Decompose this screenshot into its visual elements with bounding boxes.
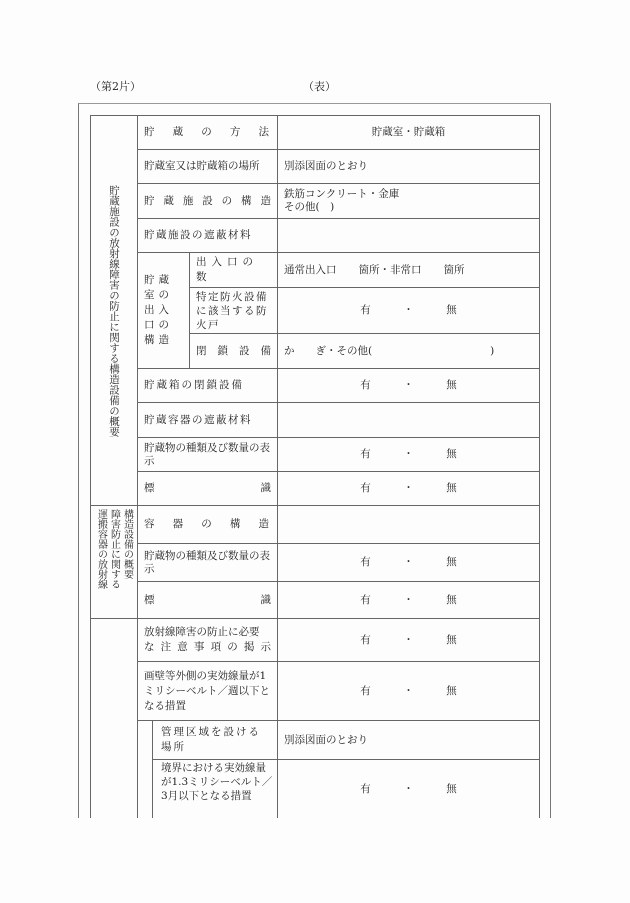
wall-dose-label: 画壁等外側の実効線量が1ミリシーベルト／週以下となる措置 <box>138 662 277 720</box>
no-option[interactable]: 無 <box>437 481 467 496</box>
label-char: の <box>201 125 212 140</box>
emergency-exit-text: 箇所・非常口 <box>359 263 422 278</box>
yes-option[interactable]: 有 <box>351 378 381 393</box>
label-char: 施 <box>183 194 194 209</box>
label-char: 標 <box>144 481 155 496</box>
entrance-group-label: 貯蔵室の出入口の構造 <box>138 253 189 368</box>
container-shielding-value[interactable] <box>278 403 539 437</box>
container-structure-value[interactable] <box>278 506 539 543</box>
storage-sign-choice[interactable]: 有 ・ 無 <box>278 472 539 505</box>
transport-display-label: 貯蔵物の種類及び数量の表示 <box>138 544 277 581</box>
method-label: 貯 蔵 の 方 法 <box>138 116 277 149</box>
transport-title-col2: 障害防止に関する <box>109 509 120 589</box>
label-char: 器 <box>173 517 184 532</box>
transport-section-title-cell: 運搬容器の放射線 障害防止に関する 構造設備の概要 <box>91 506 137 618</box>
no-option[interactable]: 無 <box>437 593 467 608</box>
fire-door-choice[interactable]: 有 ・ 無 <box>278 288 539 333</box>
normal-entrance-text: 通常出入口 <box>284 263 337 278</box>
notice-label-line1: 放射線障害の防止に必要 <box>144 625 271 640</box>
location-value[interactable]: 別添図面のとおり <box>278 150 539 183</box>
shielding-value[interactable] <box>278 219 539 252</box>
yes-option[interactable]: 有 <box>351 447 381 462</box>
no-option[interactable]: 無 <box>437 684 467 699</box>
no-option[interactable]: 無 <box>437 633 467 648</box>
transport-title-col3: 構造設備の概要 <box>122 509 133 579</box>
storage-section-title: 貯蔵施設の放射線障害の防止に関する構造設備の概要 <box>108 185 120 437</box>
label-char: 事 <box>194 640 205 655</box>
closing-value[interactable]: か ぎ・その他( ) <box>278 334 539 368</box>
closing-label: 閉 鎖 設 備 <box>190 334 277 368</box>
transport-sign-label: 標 識 <box>138 582 277 618</box>
separator-dot: ・ <box>381 782 437 797</box>
no-option[interactable]: 無 <box>437 378 467 393</box>
separator-dot: ・ <box>381 378 437 393</box>
fire-door-label: 特定防火設備に該当する防火戸 <box>190 288 277 333</box>
label-char: 貯 <box>144 194 155 209</box>
label-char: 法 <box>259 125 270 140</box>
structure-value[interactable]: 鉄筋コンクリート・金庫 その他( ) <box>278 184 539 218</box>
yes-option[interactable]: 有 <box>351 303 381 318</box>
label-char: 容 <box>144 517 155 532</box>
yes-option[interactable]: 有 <box>351 481 381 496</box>
separator-dot: ・ <box>381 555 437 570</box>
structure-value-line1: 鉄筋コンクリート・金庫 <box>284 188 399 201</box>
structure-value-line2: その他( ) <box>284 201 334 214</box>
control-area-value[interactable]: 別添図面のとおり <box>278 721 539 759</box>
separator-dot: ・ <box>381 303 437 318</box>
notice-label-line2: な 注 意 事 項 の 掲 示 <box>144 640 271 655</box>
yes-option[interactable]: 有 <box>351 684 381 699</box>
closing-value-prefix: か ぎ・その他( <box>284 344 372 359</box>
sheet-number-label: （第2片） <box>90 80 141 94</box>
label-char: 備 <box>261 344 272 359</box>
label-char: 鎖 <box>218 344 229 359</box>
storage-display-choice[interactable]: 有 ・ 無 <box>278 438 539 471</box>
label-char: 識 <box>261 481 272 496</box>
yes-option[interactable]: 有 <box>351 555 381 570</box>
no-option[interactable]: 無 <box>437 447 467 462</box>
notice-choice[interactable]: 有 ・ 無 <box>278 619 539 661</box>
notice-label: 放射線障害の防止に必要 な 注 意 事 項 の 掲 示 <box>138 619 277 661</box>
table-right-border <box>539 115 540 833</box>
separator-dot: ・ <box>381 593 437 608</box>
no-option[interactable]: 無 <box>437 303 467 318</box>
wall-dose-choice[interactable]: 有 ・ 無 <box>278 662 539 720</box>
front-side-label: （表） <box>303 80 336 94</box>
entrance-count-label: 出入口の数 <box>190 253 277 287</box>
label-char: 蔵 <box>173 125 184 140</box>
label-char: 掲 <box>244 640 255 655</box>
label-char: 注 <box>161 640 172 655</box>
transport-display-choice[interactable]: 有 ・ 無 <box>278 544 539 581</box>
label-char: 識 <box>261 593 272 608</box>
control-area-label: 管理区域を設ける場所 <box>153 721 277 759</box>
boundary-dose-label: 境界における実効線量が1.3ミリシーベルト／3月以下となる措置 <box>153 760 277 818</box>
no-option[interactable]: 無 <box>437 555 467 570</box>
label-char: の <box>222 194 233 209</box>
entrance-count-value[interactable]: 通常出入口 箇所・非常口 箇所 <box>278 253 539 287</box>
boundary-dose-choice[interactable]: 有 ・ 無 <box>278 760 539 818</box>
container-structure-label: 容 器 の 構 造 <box>138 506 277 543</box>
structure-label: 貯 蔵 施 設 の 構 造 <box>138 184 277 218</box>
box-closing-label: 貯蔵箱の閉鎖設備 <box>138 369 277 402</box>
storage-display-label: 貯蔵物の種類及び数量の表示 <box>138 438 277 471</box>
box-closing-choice[interactable]: 有 ・ 無 <box>278 369 539 402</box>
yes-option[interactable]: 有 <box>351 593 381 608</box>
label-char: 造 <box>260 194 271 209</box>
label-char: 造 <box>259 517 270 532</box>
separator-dot: ・ <box>381 684 437 699</box>
label-char: の <box>227 640 238 655</box>
unit-text: 箇所 <box>444 263 465 278</box>
label-char: 意 <box>177 640 188 655</box>
shielding-label: 貯蔵施設の遮蔽材料 <box>138 219 277 252</box>
label-char: 構 <box>230 517 241 532</box>
transport-title-col1: 運搬容器の放射線 <box>96 509 107 589</box>
closing-value-suffix: ) <box>490 344 494 359</box>
separator-dot: ・ <box>381 481 437 496</box>
container-shielding-label: 貯蔵容器の遮蔽材料 <box>138 403 277 437</box>
label-char: 示 <box>260 640 271 655</box>
yes-option[interactable]: 有 <box>351 633 381 648</box>
label-char: 項 <box>211 640 222 655</box>
storage-section-title-cell: 貯蔵施設の放射線障害の防止に関する構造設備の概要 <box>91 116 137 505</box>
page-crop-mask <box>0 818 630 903</box>
label-char: 標 <box>144 593 155 608</box>
label-char: 貯 <box>144 125 155 140</box>
label-char: の <box>201 517 212 532</box>
separator-dot: ・ <box>381 447 437 462</box>
label-char: 蔵 <box>163 194 174 209</box>
transport-sign-choice[interactable]: 有 ・ 無 <box>278 582 539 618</box>
label-char: 構 <box>241 194 252 209</box>
label-char: 設 <box>202 194 213 209</box>
label-char: 閉 <box>196 344 207 359</box>
label-char: 設 <box>239 344 250 359</box>
yes-option[interactable]: 有 <box>351 782 381 797</box>
label-char: 方 <box>230 125 241 140</box>
label-char: な <box>144 640 155 655</box>
location-label: 貯蔵室又は貯蔵箱の場所 <box>138 150 277 183</box>
method-value[interactable]: 貯蔵室・貯蔵箱 <box>278 116 539 149</box>
no-option[interactable]: 無 <box>437 782 467 797</box>
separator-dot: ・ <box>381 633 437 648</box>
storage-sign-label: 標 識 <box>138 472 277 505</box>
